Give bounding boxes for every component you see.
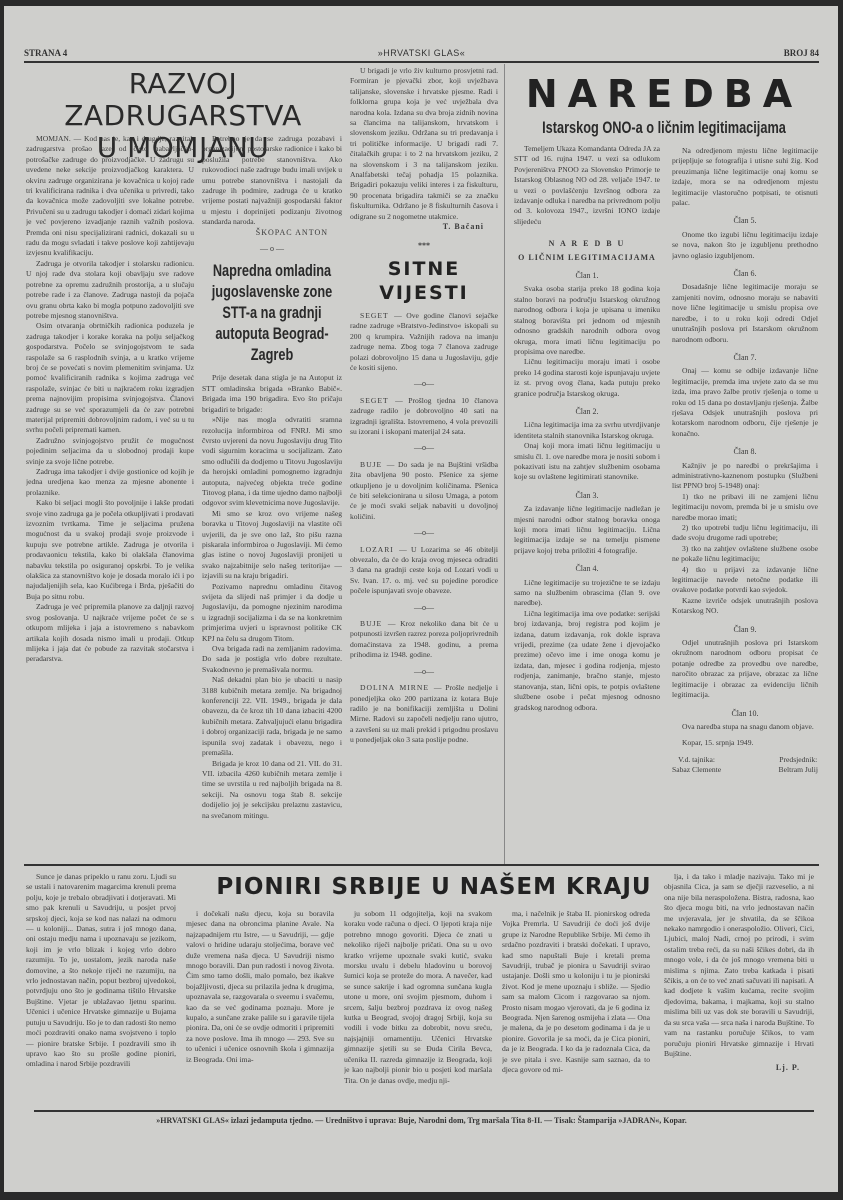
paragraph: MOMJAN. — Kod nas je, kao i drugdje, raz… — [26, 134, 194, 259]
article-paragraph: 3) tko na zahtjev ovlaštene službene oso… — [672, 544, 818, 565]
article-paragraph: Odjel unutrašnjih poslova pri Istarskom … — [672, 638, 818, 700]
secretary-signature: V.d. tajnika:Sabaz Clemente — [672, 755, 721, 776]
article-omladina-continuation: U brigadi je vrlo živ kulturno prosvjetn… — [350, 66, 498, 222]
article-label: Član 4. — [514, 564, 660, 574]
pioniri-paragraph: lja, i da tako i mladje nazivaju. Tako m… — [664, 872, 814, 1059]
headline-line-1: RAZVOJ ZADRUGARSTVA — [18, 68, 348, 132]
paragraph: »Nije nas mogla odvratiti sramna rezoluc… — [202, 415, 342, 509]
headline-omladina: Napredna omladina jugoslavenske zone STT… — [202, 260, 342, 365]
article-paragraph: Za izdavanje lične legitimacije nadležan… — [514, 504, 660, 556]
issue-number: BROJ 84 — [784, 48, 819, 58]
section-rule — [24, 864, 819, 866]
newspaper-title: »HRVATSKI GLAS« — [24, 48, 819, 58]
news-item-place: SEGET — [360, 396, 395, 405]
article-label: Član 9. — [672, 625, 818, 635]
article-paragraph: Lična legitimacija ima za svrhu utvrdjiv… — [514, 420, 660, 441]
paragraph: Brigada je kroz 10 dana od 21. VII. do 3… — [202, 759, 342, 821]
news-item: LOZARI — U Lozarima se 46 obitelji obvez… — [350, 545, 498, 597]
masthead: STRANA 4 »HRVATSKI GLAS« BROJ 84 — [24, 48, 819, 62]
separator: —o— — [350, 443, 498, 453]
footer-rule — [34, 1110, 814, 1112]
article-paragraph: Kažnjiv je po naredbi o prekršajima i ad… — [672, 461, 818, 492]
author-signature-pioniri: Lj. P. — [664, 1063, 814, 1073]
news-item-text: — Ove godine članovi sejačke radne zadru… — [350, 311, 498, 372]
paragraph: Zadruga je otvorila takodjer i stolarsku… — [26, 259, 194, 321]
masthead-rule — [24, 61, 819, 63]
secretary-label: V.d. tajnika: — [672, 755, 721, 765]
column-divider — [504, 64, 505, 864]
news-item-place: DOLINA MIRNE — [360, 683, 434, 692]
paragraph: Pozivamo naprednu omladinu čitavog svije… — [202, 582, 342, 644]
article-paragraph: 1) tko ne pribavi ili ne zamjeni ličnu l… — [672, 492, 818, 523]
news-item-place: LOZARI — [360, 545, 399, 554]
separator: —o— — [350, 379, 498, 389]
article-paragraph: Onome tko izgubi ličnu legitimaciju izda… — [672, 230, 818, 261]
column-2: Potrebno je da se zadruga pozabavi i org… — [202, 134, 342, 864]
president-signature: Predsjednik:Beltram Julij — [779, 755, 818, 776]
news-item-place: BUJE — [360, 460, 387, 469]
article-paragraph: Onaj — komu se odbije izdavanje lične le… — [672, 366, 818, 439]
paragraph: Zadruga ima takodjer i dvije gostionice … — [26, 467, 194, 498]
news-item: BUJE — Kroz nekoliko dana bit će u potpu… — [350, 619, 498, 661]
footer-imprint: »HRVATSKI GLAS« izlazi jedamputa tjedno.… — [24, 1116, 819, 1125]
article-momjan-continuation: Potrebno je da se zadruga pozabavi i org… — [202, 134, 342, 228]
paragraph: Zadruga je već pripremila planove za dal… — [26, 602, 194, 664]
news-item: BUJE — Do sada je na Bujštini vršidba ži… — [350, 460, 498, 522]
article-label: Član 2. — [514, 407, 660, 417]
article-paragraph: Ova naredba stupa na snagu danom objave. — [672, 722, 818, 732]
paragraph: Naš dekadni plan bio je ubaciti u nasip … — [202, 675, 342, 758]
signatures: V.d. tajnika:Sabaz ClementePredsjednik:B… — [672, 755, 818, 776]
paragraph: Potrebno je da se zadruga pozabavi i org… — [202, 134, 342, 228]
paragraph: Ova brigada radi na zemljanim radovima. … — [202, 644, 342, 675]
article-label: Član 7. — [672, 353, 818, 363]
news-item-place: BUJE — [360, 619, 388, 628]
pioniri-column-2: i dočekali našu djecu, koja su boravila … — [186, 909, 334, 1107]
author-signature-omladina: T. Bačani — [350, 222, 498, 232]
naredbu-subtitle: O LIČNIM LEGITIMACIJAMA — [514, 253, 660, 263]
pioniri-column-1: Sunce je danas pripeklo u ranu zoru. Lju… — [26, 872, 176, 1107]
newspaper-page: STRANA 4 »HRVATSKI GLAS« BROJ 84 RAZVOJ … — [4, 6, 838, 1192]
stars-separator: *** — [350, 241, 498, 251]
article-label: Član 10. — [672, 709, 818, 719]
paragraph: U brigadi je vrlo živ kulturno prosvjetn… — [350, 66, 498, 222]
article-paragraph: Lična legitimacija ima ove podatke: seri… — [514, 609, 660, 713]
news-item: DOLINA MIRNE — Prošle nedjelje i ponedje… — [350, 683, 498, 745]
pioniri-paragraph: i dočekali našu djecu, koja su boravila … — [186, 909, 334, 1065]
naredba-intro: Temeljem Ukaza Komandanta Odreda JA za S… — [514, 144, 660, 227]
article-label: Član 8. — [672, 447, 818, 457]
article-paragraph: Na odredjenom mjestu lične legitimacije … — [672, 146, 818, 208]
paragraph: Mi smo se kroz ovo vrijeme našeg boravka… — [202, 509, 342, 582]
article-label: Član 5. — [672, 216, 818, 226]
article-label: Član 1. — [514, 271, 660, 281]
article-omladina-body: Prije desetak dana stigla je na Autoput … — [202, 373, 342, 820]
article-paragraph: Onaj koji mora imati ličnu legitimaciju … — [514, 441, 660, 483]
article-label: Član 3. — [514, 491, 660, 501]
president-label: Predsjednik: — [779, 755, 818, 765]
column-3: U brigadi je vrlo živ kulturno prosvjetn… — [350, 66, 498, 864]
paragraph: Prije desetak dana stigla je na Autoput … — [202, 373, 342, 415]
pioniri-column-3: ju sobom 11 odgojitelja, koji na svakom … — [344, 909, 492, 1107]
news-item: SEGET — Ove godine članovi sejačke radne… — [350, 311, 498, 373]
article-paragraph: Lične legitimacije su trojezične te se i… — [514, 578, 660, 609]
paragraph: Osim otvaranja obrtničkih radionica podu… — [26, 321, 194, 435]
separator: — o — — [202, 244, 342, 254]
headline-pioniri: PIONIRI SRBIJE U NAŠEM KRAJU — [194, 872, 674, 902]
pioniri-column-5: lja, i da tako i mladje nazivaju. Tako m… — [664, 872, 814, 1107]
paragraph: Kako bi seljaci mogli što povoljnije i l… — [26, 498, 194, 602]
date-place: Kopar, 15. srpnja 1949. — [672, 738, 818, 748]
news-items-list: SEGET — Ove godine članovi sejačke radne… — [350, 311, 498, 746]
secretary-name: Sabaz Clemente — [672, 765, 721, 775]
pioniri-paragraph: ju sobom 11 odgojitelja, koji na svakom … — [344, 909, 492, 1086]
headline-sitne-vijesti: SITNE VIJESTI — [350, 257, 498, 305]
article-paragraph: Svaka osoba starija preko 18 godina koja… — [514, 284, 660, 357]
article-paragraph: 2) tko upotrebi tudju ličnu legitimaciju… — [672, 523, 818, 544]
pioniri-column-4: ma, i načelnik je štaba II. pionirskog o… — [502, 909, 650, 1107]
news-item-text: — Prošle nedjelje i ponedjeljka oko 200 … — [350, 683, 498, 744]
article-paragraph: Dosadašnje lične legitimacije moraju se … — [672, 282, 818, 344]
headline-naredba: NAREDBA — [509, 72, 819, 116]
article-paragraph: Ličnu legitimaciju moraju imati i osobe … — [514, 357, 660, 399]
separator: —o— — [350, 603, 498, 613]
news-item: SEGET — Prošlog tjedna 10 članova zadrug… — [350, 396, 498, 438]
pioniri-paragraph: Sunce je danas pripeklo u ranu zoru. Lju… — [26, 872, 176, 1070]
pioniri-column-5-body: lja, i da tako i mladje nazivaju. Tako m… — [664, 872, 814, 1059]
article-paragraph: Kazne izvriče odsjek unutrašnjih poslova… — [672, 596, 818, 617]
article-paragraph: 4) tko u prijavi za izdavanje lične legi… — [672, 565, 818, 596]
pioniri-paragraph: ma, i načelnik je štaba II. pionirskog o… — [502, 909, 650, 1076]
article-label: Član 6. — [672, 269, 818, 279]
naredbu-title: N A R E D B U — [514, 239, 660, 249]
naredba-column-1: Temeljem Ukaza Komandanta Odreda JA za S… — [514, 144, 660, 864]
news-item-place: SEGET — [360, 311, 394, 320]
author-signature: ŠKOPAC ANTON — [202, 228, 342, 238]
article-momjan-column-1: MOMJAN. — Kod nas je, kao i drugdje, raz… — [26, 134, 194, 864]
president-name: Beltram Julij — [779, 765, 818, 775]
separator: —o— — [350, 667, 498, 677]
subheadline-naredba: Istarskog ONO-a o ličnim legitimacijama — [514, 118, 814, 138]
naredba-column-2: Na odredjenom mjestu lične legitimacije … — [672, 146, 818, 866]
separator: —o— — [350, 528, 498, 538]
paragraph: Zadružno svinjogojstvo pružit će mogućno… — [26, 436, 194, 467]
